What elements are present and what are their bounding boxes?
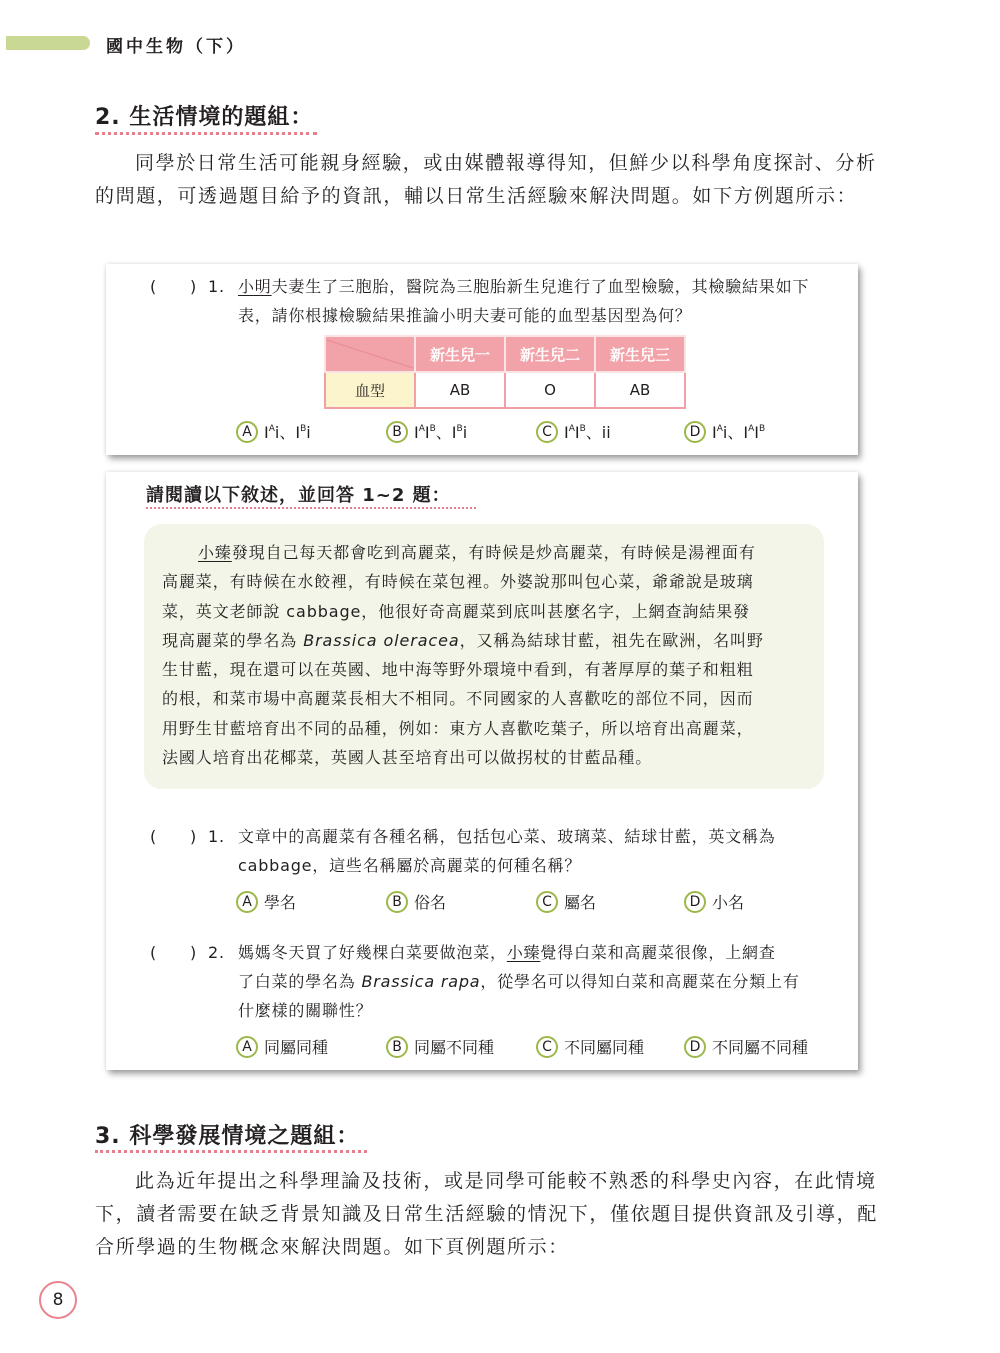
passage-segment: 現高麗菜的學名為	[162, 631, 303, 650]
q1-option-c[interactable]: C屬名	[536, 890, 596, 913]
option-badge: A	[236, 891, 258, 913]
passage-text: 小臻發現自己每天都會吃到高麗菜，有時候是炒高麗菜，有時候是湯裡面有 高麗菜，有時…	[162, 538, 808, 772]
question-text: 小明夫妻生了三胞胎，醫院為三胞胎新生兒進行了血型檢驗，其檢驗結果如下表，請你根據…	[238, 272, 838, 330]
paren-close: )	[190, 938, 197, 967]
option-badge: D	[684, 1036, 706, 1058]
paren-open: (	[150, 272, 157, 301]
passage-line: 用野生甘藍培育出不同的品種，例如：東方人喜歡吃葉子，所以培育出高麗菜，	[162, 714, 808, 743]
passage-line: 現高麗菜的學名為 Brassica oleracea，又稱為結球甘藍，祖先在歐洲…	[162, 626, 808, 655]
section-3-underline	[95, 1150, 367, 1153]
option-b-badge: B	[386, 421, 408, 443]
paren-open: (	[150, 822, 157, 851]
option-a-badge: A	[236, 421, 258, 443]
option-d-text: IAi、IAIB	[712, 420, 765, 443]
q2-option-b[interactable]: B同屬不同種	[386, 1035, 494, 1058]
question-body: 夫妻生了三胞胎，醫院為三胞胎新生兒進行了血型檢驗，其檢驗結果如下表，請你根據檢驗…	[238, 277, 809, 325]
question-line: 了白菜的學名為 Brassica rapa，從學名可以得知白菜和高麗菜在分類上有	[238, 967, 838, 996]
q2-option-c[interactable]: C不同屬同種	[536, 1035, 644, 1058]
passage-segment: ，又稱為結球甘藍，祖先在歐洲，名叫野	[460, 631, 764, 650]
option-a-text: IAi、IBi	[264, 420, 311, 443]
option-text: 俗名	[414, 890, 446, 913]
question-text: 媽媽冬天買了好幾棵白菜要做泡菜，小臻覺得白菜和高麗菜很像，上網查 了白菜的學名為…	[238, 938, 838, 1025]
q1-option-d[interactable]: D小名	[684, 890, 744, 913]
option-text: 不同屬同種	[564, 1035, 644, 1058]
paren-close: )	[190, 272, 197, 301]
question-number: 2.	[208, 938, 225, 967]
paren-open: (	[150, 938, 157, 967]
section-3-text: 此為近年提出之科學理論及技術，或是同學可能較不熟悉的科學史內容，在此情境下，讀者…	[95, 1170, 878, 1258]
option-badge: D	[684, 891, 706, 913]
underlined-name: 小臻	[507, 943, 541, 962]
option-a[interactable]: A IAi、IBi	[236, 420, 311, 443]
text-segment: 媽媽冬天買了好幾棵白菜要做泡菜，	[238, 943, 507, 962]
table-header-baby-3: 新生兒三	[595, 336, 685, 372]
option-badge: B	[386, 1036, 408, 1058]
section-3-title: 3. 科學發展情境之題組：	[95, 1119, 359, 1150]
text-segment: ，從學名可以得知白菜和高麗菜在分類上有	[480, 972, 799, 991]
option-text: 學名	[264, 890, 296, 913]
option-b[interactable]: B IAIB、IBi	[386, 420, 467, 443]
option-text: 不同屬不同種	[712, 1035, 808, 1058]
section-2-underline	[95, 132, 317, 135]
option-c[interactable]: C IAIB、ii	[536, 420, 611, 443]
option-d[interactable]: D IAi、IAIB	[684, 420, 765, 443]
option-text: 同屬同種	[264, 1035, 328, 1058]
option-c-badge: C	[536, 421, 558, 443]
question-text: 文章中的高麗菜有各種名稱，包括包心菜、玻璃菜、結球甘藍，英文稱為 cabbage…	[238, 822, 838, 880]
example-question-card: ( ) 1. 小明夫妻生了三胞胎，醫院為三胞胎新生兒進行了血型檢驗，其檢驗結果如…	[106, 264, 858, 455]
reading-passage: 小臻發現自己每天都會吃到高麗菜，有時候是炒高麗菜，有時候是湯裡面有 高麗菜，有時…	[144, 524, 824, 789]
passage-line: 高麗菜，有時候在水餃裡，有時候在菜包裡。外婆說那叫包心菜，爺爺說是玻璃	[162, 567, 808, 596]
table-header-baby-1: 新生兒一	[415, 336, 505, 372]
paren-close: )	[190, 822, 197, 851]
option-text: 屬名	[564, 890, 596, 913]
scientific-name: Brassica rapa	[362, 972, 481, 991]
book-title: 國中生物（下）	[106, 32, 246, 57]
table-cell-baby-1: AB	[415, 372, 505, 408]
option-d-badge: D	[684, 421, 706, 443]
question-line: 媽媽冬天買了好幾棵白菜要做泡菜，小臻覺得白菜和高麗菜很像，上網查	[238, 938, 838, 967]
option-text: 小名	[712, 890, 744, 913]
question-number: 1.	[208, 822, 225, 851]
scientific-name: Brassica oleracea	[303, 631, 459, 650]
option-b-text: IAIB、IBi	[414, 420, 467, 443]
section-2-text: 同學於日常生活可能親身經驗，或由媒體報導得知，但鮮少以科學角度探討、分析的問題，…	[95, 152, 877, 207]
passage-line: 生甘藍，現在還可以在英國、地中海等野外環境中看到，有著厚厚的葉子和粗粗	[162, 655, 808, 684]
table-cell-baby-2: O	[505, 372, 595, 408]
group-title: 請閱讀以下敘述，並回答 1~2 題：	[146, 481, 451, 507]
text-segment: 覺得白菜和高麗菜很像，上網查	[540, 943, 775, 962]
question-number: 1.	[208, 272, 225, 301]
table-header-baby-2: 新生兒二	[505, 336, 595, 372]
option-text: 同屬不同種	[414, 1035, 494, 1058]
underlined-name: 小明	[238, 277, 272, 296]
table-row-label: 血型	[325, 372, 415, 408]
underlined-name: 小臻	[198, 543, 232, 562]
section-3-paragraph: 此為近年提出之科學理論及技術，或是同學可能較不熟悉的科學史內容，在此情境下，讀者…	[95, 1165, 880, 1264]
question-line: cabbage，這些名稱屬於高麗菜的何種名稱？	[238, 851, 838, 880]
option-badge: A	[236, 1036, 258, 1058]
passage-line: 菜，英文老師說 cabbage，他很好奇高麗菜到底叫甚麼名字，上網查詢結果發	[162, 597, 808, 626]
q1-option-b[interactable]: B俗名	[386, 890, 446, 913]
page-number: 8	[39, 1281, 77, 1319]
option-badge: C	[536, 891, 558, 913]
q2-option-a[interactable]: A同屬同種	[236, 1035, 328, 1058]
group-title-underline	[146, 507, 476, 509]
question-line: 什麼樣的關聯性？	[238, 996, 838, 1025]
passage-line: 發現自己每天都會吃到高麗菜，有時候是炒高麗菜，有時候是湯裡面有	[232, 543, 756, 562]
option-badge: B	[386, 891, 408, 913]
section-2-paragraph: 同學於日常生活可能親身經驗，或由媒體報導得知，但鮮少以科學角度探討、分析的問題，…	[95, 147, 880, 213]
text-segment: 了白菜的學名為	[238, 972, 362, 991]
passage-line: 的根，和菜市場中高麗菜長相大不相同。不同國家的人喜歡吃的部位不同，因而	[162, 684, 808, 713]
table-cell-baby-3: AB	[595, 372, 685, 408]
table-corner-cell	[325, 336, 415, 372]
passage-line: 法國人培育出花椰菜，英國人甚至培育出可以做拐杖的甘藍品種。	[162, 743, 808, 772]
option-badge: C	[536, 1036, 558, 1058]
reading-group-card: 請閱讀以下敘述，並回答 1~2 題： 小臻發現自己每天都會吃到高麗菜，有時候是炒…	[106, 472, 858, 1070]
header-accent-bar	[6, 36, 90, 50]
question-line: 文章中的高麗菜有各種名稱，包括包心菜、玻璃菜、結球甘藍，英文稱為	[238, 822, 838, 851]
q2-option-d[interactable]: D不同屬不同種	[684, 1035, 808, 1058]
option-c-text: IAIB、ii	[564, 420, 611, 443]
blood-type-table: 新生兒一 新生兒二 新生兒三 血型 AB O AB	[324, 335, 686, 409]
section-2-title: 2. 生活情境的題組：	[95, 100, 313, 131]
q1-option-a[interactable]: A學名	[236, 890, 296, 913]
